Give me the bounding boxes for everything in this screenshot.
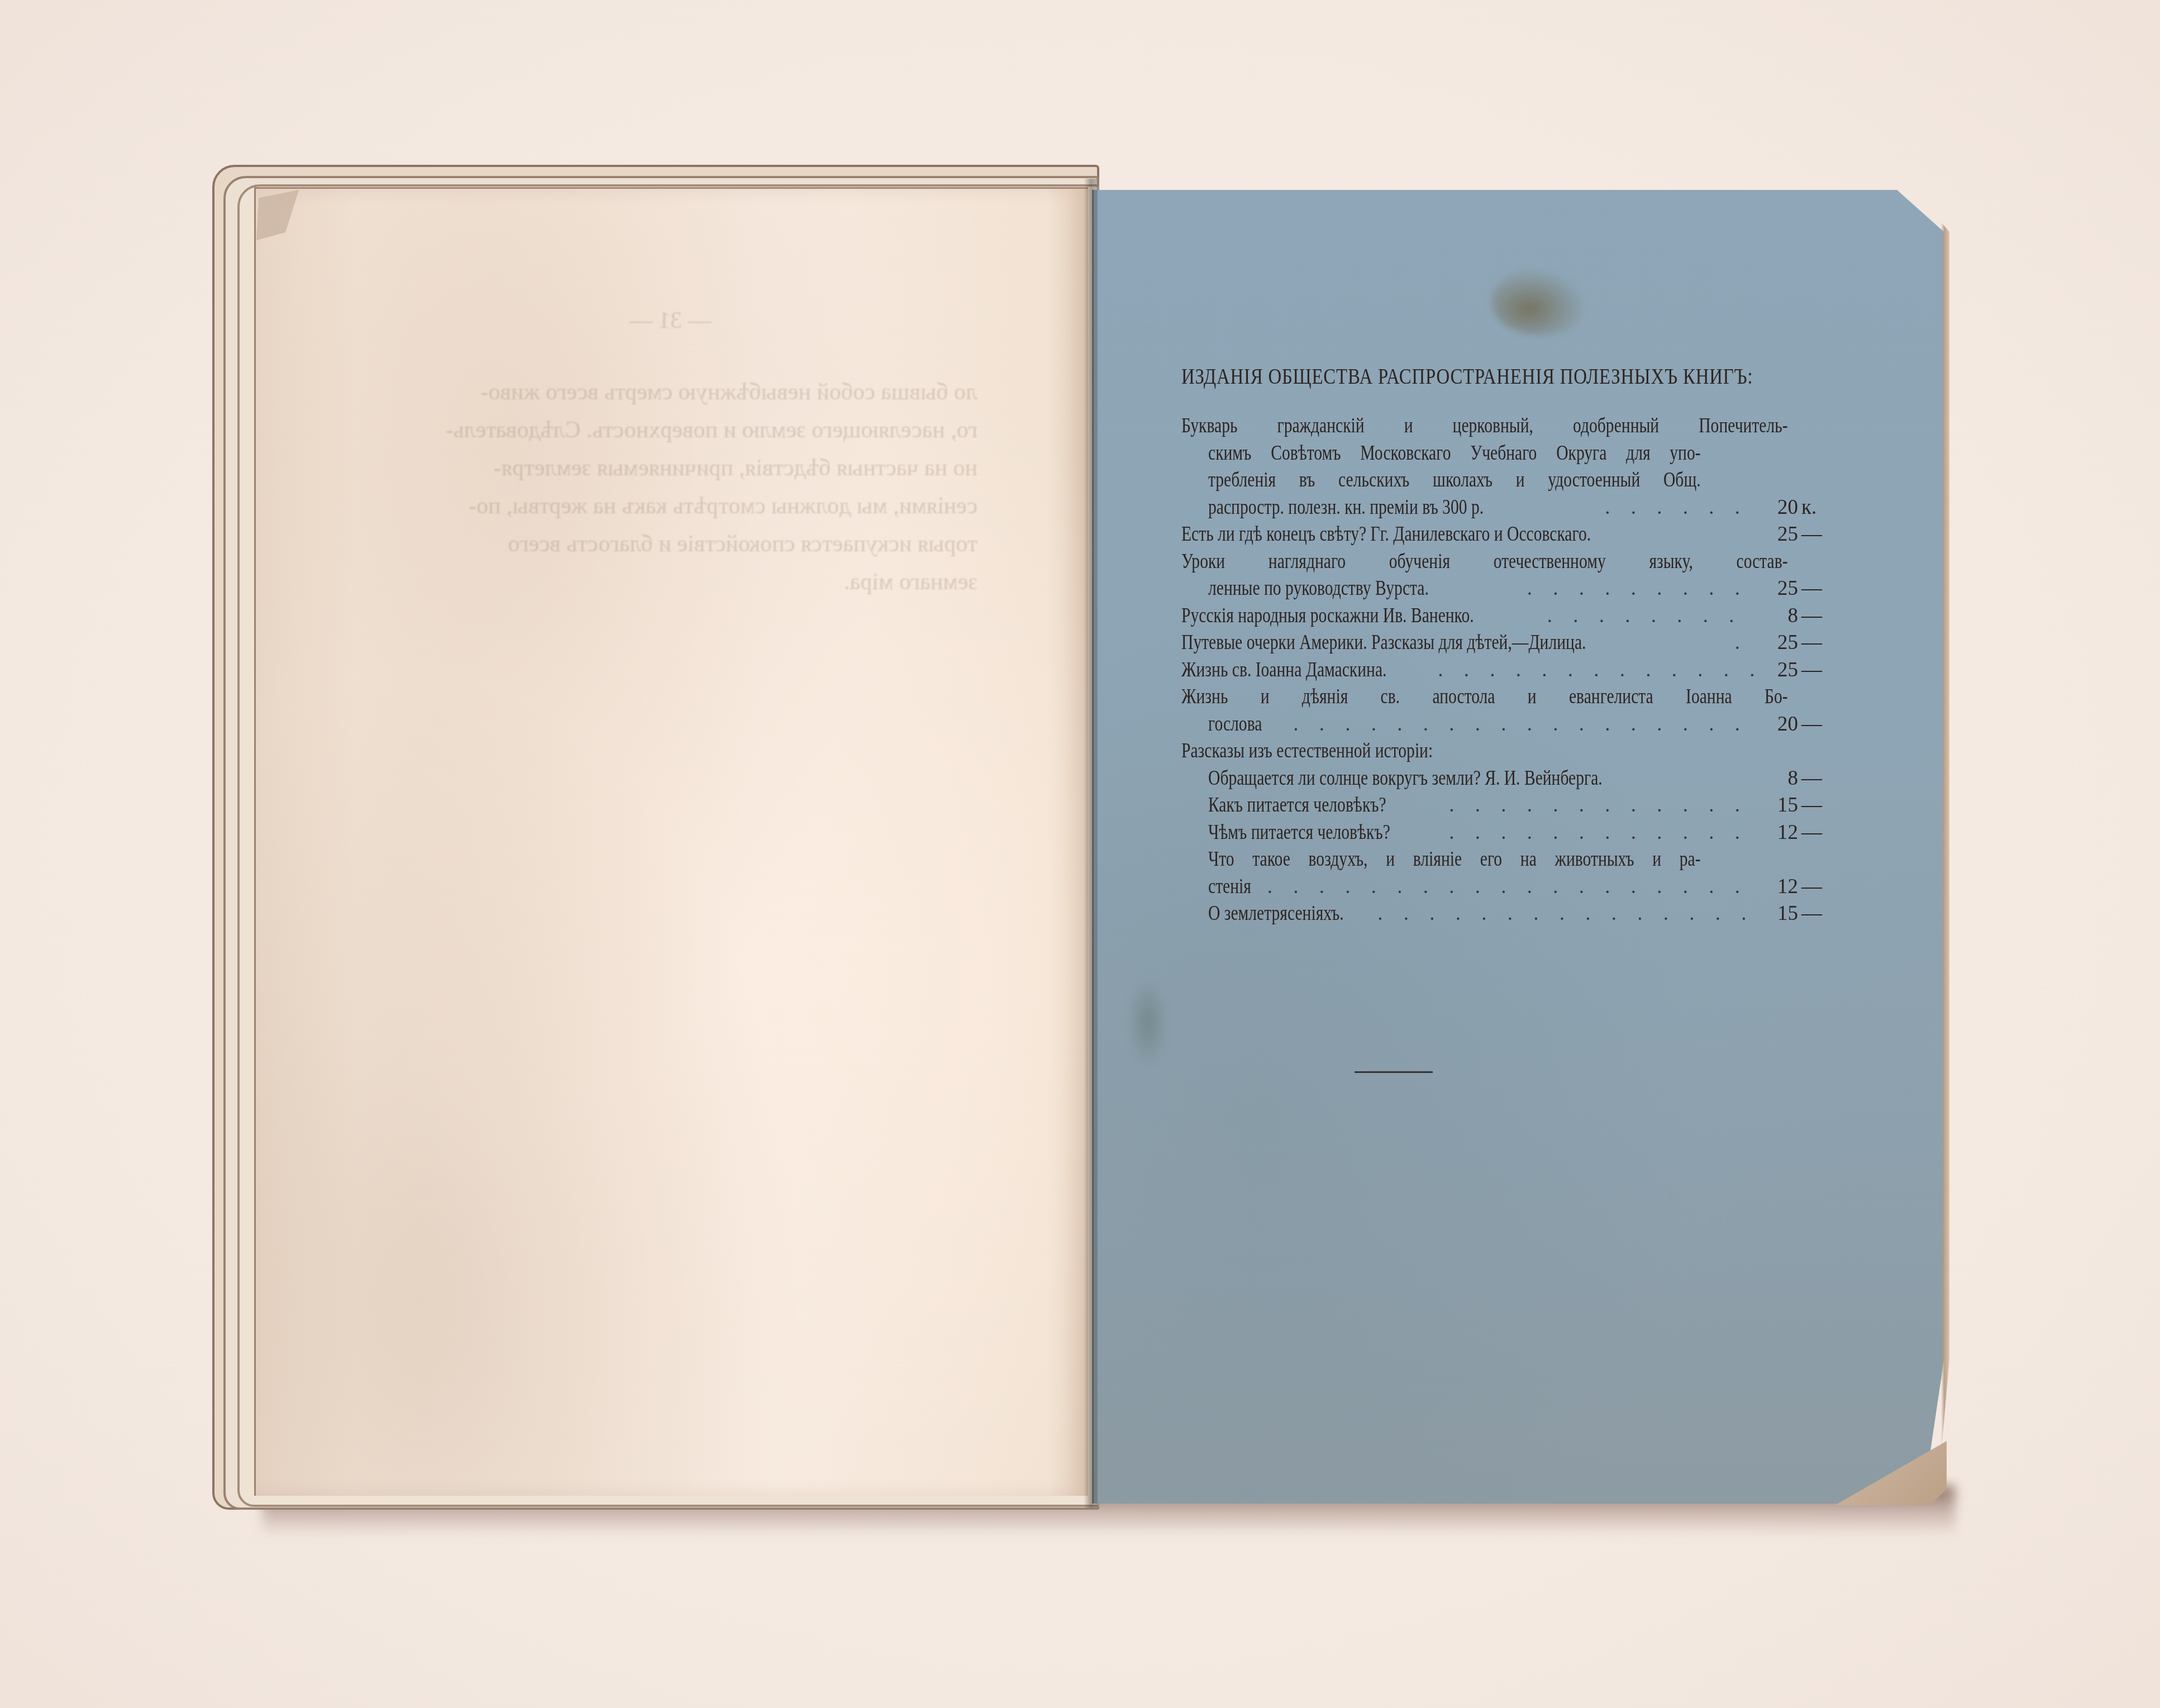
bleed-through-text: — 31 — ло бывша собой невыбѣжную смерть …: [363, 302, 978, 601]
item-text-line: Букварь гражданскій и церковный, одобрен…: [1181, 413, 1788, 440]
price-unit: к.: [1801, 494, 1824, 522]
price-unit: —: [1801, 521, 1824, 548]
item-text-line: требленія въ сельскихъ школахъ и удостое…: [1208, 467, 1701, 494]
list-item: Жизнь и дѣянія св. апостола и евангелист…: [1181, 684, 1824, 738]
price-unit: —: [1801, 792, 1824, 819]
list-heading: Изданія Общества распространенія полезны…: [1181, 363, 1824, 389]
list-item: Какъ питается человѣкъ? . . . . . . . . …: [1181, 792, 1824, 819]
item-text-line: Жизнь и дѣянія св. апостола и евангелист…: [1181, 684, 1788, 711]
list-item: Чѣмъ питается человѣкъ? . . . . . . . . …: [1181, 819, 1824, 847]
bleed-line: го, населяющего землю и поверхность. Слѣ…: [363, 411, 978, 449]
item-price: 25: [1753, 657, 1801, 684]
item-price: 12: [1753, 819, 1801, 847]
item-text-line: Какъ питается человѣкъ?: [1208, 792, 1386, 819]
item-price: 8: [1753, 765, 1801, 793]
price-unit: —: [1801, 575, 1824, 603]
list-item: Жизнь св. Іоанна Дамаскина. . . . . . . …: [1181, 657, 1824, 684]
list-item: О землетрясеніяхъ. . . . . . . . . . . .…: [1181, 900, 1824, 928]
list-item: Путевые очерки Америки. Разсказы для дѣт…: [1181, 629, 1824, 657]
list-item: Что такое воздухъ, и вліяніе его на живо…: [1181, 846, 1824, 900]
list-item: Есть ли гдѣ конецъ свѣту? Гг. Данилевска…: [1181, 521, 1824, 548]
leader-dots: . . . . . . . . . . . . . . . . . .: [1275, 711, 1753, 738]
leader-dots: . . . . . . . . . . . .: [1436, 819, 1753, 847]
item-text-line: О землетрясеніяхъ.: [1208, 900, 1344, 928]
price-unit: —: [1801, 900, 1824, 928]
list-item: Обращается ли солнце вокругъ земли? Я. И…: [1181, 765, 1824, 793]
list-item: Уроки нагляднаго обученія отечественному…: [1181, 548, 1824, 603]
price-unit: —: [1801, 603, 1824, 630]
leader-dots: . . . . . . . . .: [1484, 575, 1753, 603]
item-price: 25: [1753, 575, 1801, 603]
item-text-line: Обращается ли солнце вокругъ земли? Я. И…: [1208, 765, 1603, 793]
item-text-line: стенія: [1208, 874, 1251, 901]
leader-dots: .: [1687, 629, 1753, 657]
stain-mark: [1491, 268, 1586, 335]
leader-dots: . . . . . . . . . . . . . . . . . . .: [1262, 874, 1753, 901]
price-unit: —: [1801, 874, 1824, 901]
item-text-line: Что такое воздухъ, и вліяніе его на живо…: [1208, 846, 1701, 874]
end-rule-dashes: [1400, 1071, 1431, 1073]
item-price: 15: [1753, 900, 1801, 928]
list-item: Русскія народныя роскажни Ив. Ваненко. .…: [1181, 603, 1824, 630]
price-unit: —: [1801, 711, 1824, 738]
open-booklet: — 31 — ло бывша собой невыбѣжную смерть …: [0, 0, 2160, 1708]
item-text-line: Жизнь св. Іоанна Дамаскина.: [1181, 657, 1386, 684]
section-heading: Разсказы изъ естественной исторіи:: [1181, 738, 1433, 765]
book-gutter: [1084, 179, 1098, 1508]
leader-dots: . . . . . . . . . . . .: [1431, 792, 1753, 819]
bleed-line: торыя искупается спокойствіе и благость …: [363, 525, 978, 563]
item-price: 12: [1753, 874, 1801, 901]
item-text-line: гослова: [1208, 711, 1262, 738]
worn-page-edge: [1908, 190, 1949, 1504]
item-price: 20: [1753, 494, 1801, 522]
item-text-line: Есть ли гдѣ конецъ свѣту? Гг. Данилевска…: [1181, 521, 1591, 548]
price-unit: —: [1801, 819, 1824, 847]
item-text-line: Русскія народныя роскажни Ив. Ваненко.: [1181, 603, 1474, 630]
item-text-line: Чѣмъ питается человѣкъ?: [1208, 819, 1390, 847]
stain-mark: [1128, 977, 1167, 1067]
item-price: 25: [1753, 629, 1801, 657]
item-price: 25: [1753, 521, 1801, 548]
publications-list: Изданія Общества распространенія полезны…: [1181, 363, 1824, 928]
bleed-line: ло бывша собой невыбѣжную смерть всего ж…: [363, 373, 978, 411]
price-unit: —: [1801, 629, 1824, 657]
leader-dots: . . . . . . . . .: [1547, 603, 1753, 630]
leader-dots: . . . . . . . . . . . . . . . .: [1377, 900, 1753, 928]
price-unit: —: [1801, 657, 1824, 684]
item-price: 15: [1753, 792, 1801, 819]
leader-dots: . . . . . . . . . . . . . .: [1438, 657, 1753, 684]
bleed-line: сеніями, мы должны смотрѣть какъ на жерт…: [363, 487, 978, 525]
bleed-line: но на частныя бѣдствія, причиняемыя земл…: [363, 449, 978, 487]
item-price: 20: [1753, 711, 1801, 738]
section-title: Разсказы изъ естественной исторіи:: [1181, 738, 1824, 765]
item-text-line: Путевые очерки Америки. Разсказы для дѣт…: [1181, 629, 1586, 657]
item-price: 8: [1753, 603, 1801, 630]
leader-dots: . . . . . .: [1552, 494, 1753, 522]
bleed-line: земнаго міра.: [363, 563, 978, 601]
item-text-line: Уроки нагляднаго обученія отечественному…: [1181, 548, 1788, 576]
item-text-line: распростр. полезн. кн. преміи въ 300 р.: [1208, 494, 1484, 522]
price-unit: —: [1801, 765, 1824, 793]
item-text-line: скимъ Совѣтомъ Московскаго Учебнаго Окру…: [1208, 440, 1701, 467]
mirrored-page-number: — 31 —: [363, 302, 978, 340]
list-item: Букварь гражданскій и церковный, одобрен…: [1181, 413, 1824, 521]
item-text-line: ленные по руководству Вурста.: [1208, 575, 1429, 603]
